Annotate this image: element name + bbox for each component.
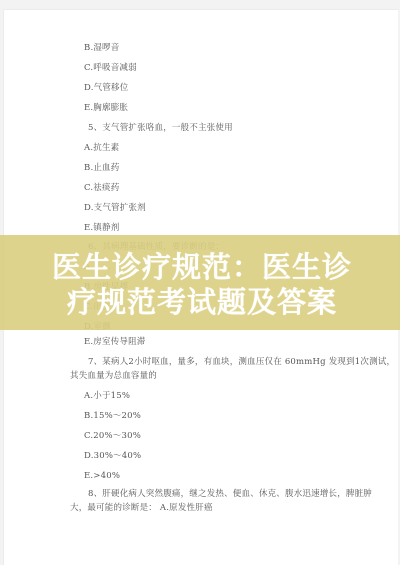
- question-line: A.小于15%: [84, 391, 130, 401]
- question-line: 8、肝硬化病人突然腹痛，继之发热、便血、休克、腹水迅速增长，脾脏肿: [88, 489, 372, 499]
- question-line: B.15%～20%: [84, 411, 141, 421]
- question-line: A.抗生素: [84, 143, 119, 153]
- question-line: C.呼吸音减弱: [84, 63, 137, 73]
- question-line: 7、某病人2小时呕血，量多，有血块，测血压仅在 60mmHg 发现到1次测试，: [88, 357, 395, 367]
- question-line: 其失血量为总血容量的: [70, 371, 157, 381]
- question-line: D.支气管扩张剂: [84, 203, 146, 213]
- question-line: B.止血药: [84, 163, 119, 173]
- banner-title: 医生诊疗规范：医生诊疗规范考试题及答案: [0, 250, 400, 320]
- question-line: D.30%～40%: [84, 451, 141, 461]
- question-line: 5、支气管扩张咯血，一般不主张使用: [88, 123, 233, 133]
- question-line: C.20%～30%: [84, 431, 141, 441]
- question-line: B.湿啰音: [84, 43, 119, 53]
- question-line: E.房室传导阻滞: [84, 337, 146, 347]
- question-line: D.气管移位: [84, 83, 128, 93]
- question-line: 大，最可能的诊断是： A.原发性肝癌: [70, 503, 213, 513]
- question-line: E.镇静剂: [84, 223, 119, 233]
- question-line: E.胸廓膨胀: [84, 103, 128, 113]
- question-line: E.>40%: [84, 471, 120, 481]
- question-line: C.祛痰药: [84, 183, 119, 193]
